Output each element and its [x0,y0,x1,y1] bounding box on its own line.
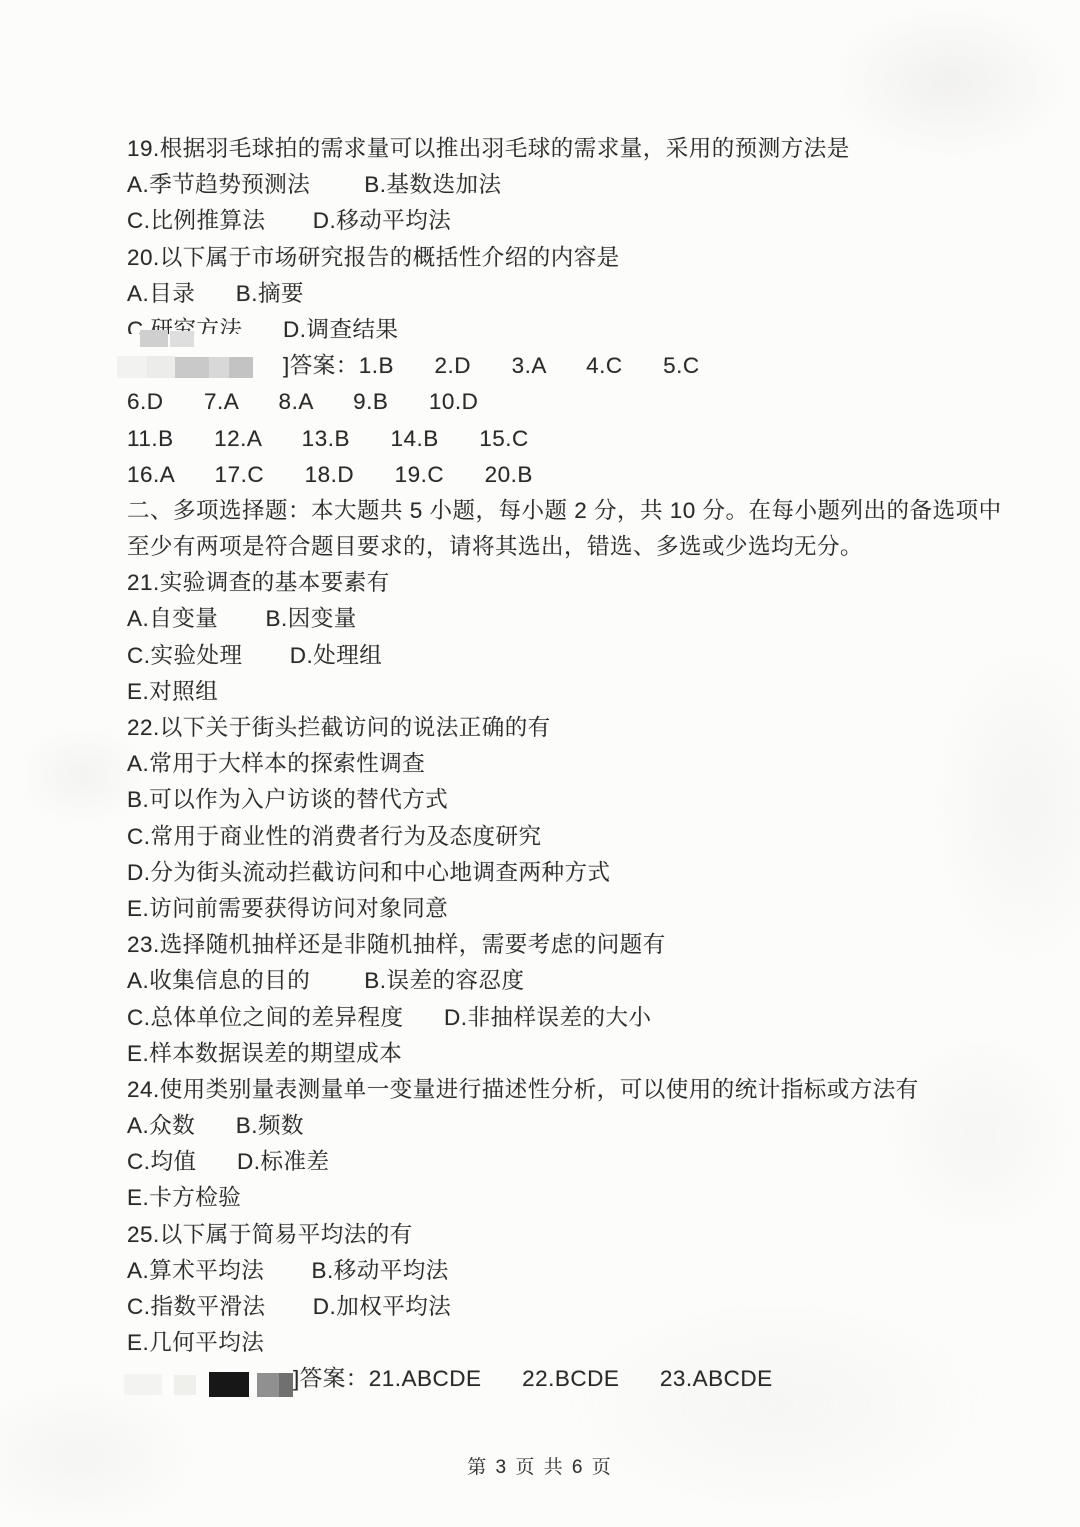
answer-key-values-21-23: 21.ABCDE 22.BCDE 23.ABCDE [369,1366,773,1391]
question-25-stem: 25.以下属于简易平均法的有 [127,1217,1040,1253]
question-22-option-d: D.分为街头流动拦截访问和中心地调查两种方式 [127,855,1040,891]
question-25-options-cd: C.指数平滑法 D.加权平均法 [127,1289,1040,1325]
question-22-stem: 22.以下关于街头拦截访问的说法正确的有 [127,710,1040,746]
question-24-option-e: E.卡方检验 [127,1180,1040,1216]
section-2-heading-line-1: 二、多项选择题：本大题共 5 小题，每小题 2 分，共 10 分。在每小题列出的… [127,493,1040,529]
question-24-options-cd: C.均值 D.标准差 [127,1144,1040,1180]
question-23-option-e: E.样本数据误差的期望成本 [127,1036,1040,1072]
question-21-option-e: E.对照组 [127,674,1040,710]
exam-paper-page: 19.根据羽毛球拍的需求量可以推出羽毛球的需求量，采用的预测方法是 A.季节趋势… [0,0,1080,1527]
question-19-options-ab: A.季节趋势预测法 B.基数迭加法 [127,167,1040,203]
question-20-options-ab: A.目录 B.摘要 [127,276,1040,312]
question-22-option-a: A.常用于大样本的探索性调查 [127,746,1040,782]
question-20-options-cd: C.研究方法 D.调查结果 [127,312,1040,348]
section-2-heading-line-2: 至少有两项是符合题目要求的，请将其选出，错选、多选或少选均无分。 [127,529,1040,565]
answer-key-multi-row: ]答案：21.ABCDE 22.BCDE 23.ABCDE [127,1361,1040,1397]
question-20-stem: 20.以下属于市场研究报告的概括性介绍的内容是 [127,240,1040,276]
answer-key-prefix: ]答案： [283,353,359,378]
question-22-option-b: B.可以作为入户访谈的替代方式 [127,782,1040,818]
question-24-options-ab: A.众数 B.频数 [127,1108,1040,1144]
answer-key-row-1-5: ]答案：1.B 2.D 3.A 4.C 5.C [127,348,1040,384]
exam-body: 19.根据羽毛球拍的需求量可以推出羽毛球的需求量，采用的预测方法是 A.季节趋势… [127,131,1040,1398]
question-22-option-c: C.常用于商业性的消费者行为及态度研究 [127,819,1040,855]
answer-key-row-11-15: 11.B 12.A 13.B 14.B 15.C [127,421,1040,457]
answer-key-values-1-5: 1.B 2.D 3.A 4.C 5.C [359,353,700,378]
answer-key-prefix: ]答案： [293,1366,369,1391]
question-19-stem: 19.根据羽毛球拍的需求量可以推出羽毛球的需求量，采用的预测方法是 [127,131,1040,167]
question-23-options-ab: A.收集信息的目的 B.误差的容忍度 [127,963,1040,999]
question-21-options-cd: C.实验处理 D.处理组 [127,638,1040,674]
question-23-options-cd: C.总体单位之间的差异程度 D.非抽样误差的大小 [127,1000,1040,1036]
answer-key-row-6-10: 6.D 7.A 8.A 9.B 10.D [127,384,1040,420]
answer-key-row-16-20: 16.A 17.C 18.D 19.C 20.B [127,457,1040,493]
question-22-option-e: E.访问前需要获得访问对象同意 [127,891,1040,927]
question-25-options-ab: A.算术平均法 B.移动平均法 [127,1253,1040,1289]
page-number-footer: 第 3 页 共 6 页 [0,1452,1080,1479]
question-19-options-cd: C.比例推算法 D.移动平均法 [127,203,1040,239]
question-25-option-e: E.几何平均法 [127,1325,1040,1361]
question-21-options-ab: A.自变量 B.因变量 [127,601,1040,637]
question-24-stem: 24.使用类别量表测量单一变量进行描述性分析，可以使用的统计指标或方法有 [127,1072,1040,1108]
question-21-stem: 21.实验调查的基本要素有 [127,565,1040,601]
question-23-stem: 23.选择随机抽样还是非随机抽样，需要考虑的问题有 [127,927,1040,963]
